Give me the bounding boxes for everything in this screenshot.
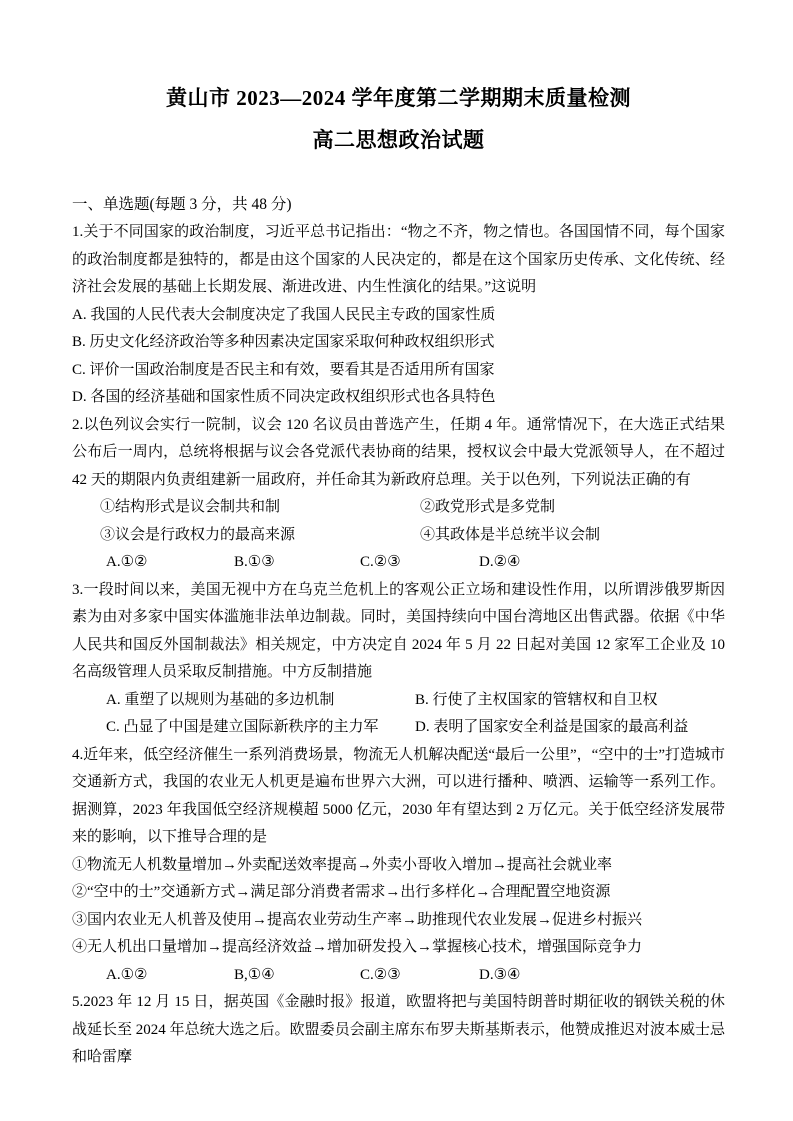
- option-item: D. 表明了国家安全利益是国家的最高利益: [415, 714, 725, 742]
- question-3: 3.一段时间以来，美国无视中方在乌克兰危机上的客观公正立场和建设性作用，以所谓涉…: [72, 577, 725, 742]
- option-item: B. 行使了主权国家的管辖权和自卫权: [415, 687, 725, 715]
- section-heading: 一、单选题(每题 3 分，共 48 分): [72, 191, 725, 219]
- question-stem: 4.近年来，低空经济催生一系列消费场景，物流无人机解决配送“最后一公里”，“空中…: [72, 742, 725, 852]
- choice-item: C.②③: [360, 962, 479, 990]
- sub-option: ②政党形式是多党制: [420, 494, 725, 522]
- question-stem: 1.关于不同国家的政治制度，习近平总书记指出：“物之不齐，物之情也。各国国情不同…: [72, 219, 725, 302]
- sub-option: ①结构形式是议会制共和制: [100, 494, 420, 522]
- choice-row: A.①② B,①④ C.②③ D.③④: [72, 962, 725, 990]
- choice-item: A.①②: [106, 549, 234, 577]
- sub-option: ②“空中的士”交通新方式→满足部分消费者需求→出行多样化→合理配置空地资源: [72, 879, 725, 907]
- choice-item: D.③④: [479, 962, 725, 990]
- choice-item: B.①③: [234, 549, 360, 577]
- question-stem: 3.一段时间以来，美国无视中方在乌克兰危机上的客观公正立场和建设性作用，以所谓涉…: [72, 577, 725, 687]
- option-item: C. 凸显了中国是建立国际新秩序的主力军: [106, 714, 415, 742]
- question-5: 5.2023 年 12 月 15 日，据英国《金融时报》报道，欧盟将把与美国特朗…: [72, 989, 725, 1072]
- choice-item: A.①②: [106, 962, 234, 990]
- sub-option-grid: ①结构形式是议会制共和制 ②政党形式是多党制 ③议会是行政权力的最高来源 ④其政…: [72, 494, 725, 549]
- question-1: 1.关于不同国家的政治制度，习近平总书记指出：“物之不齐，物之情也。各国国情不同…: [72, 219, 725, 412]
- choice-item: D.②④: [479, 549, 725, 577]
- document-title: 黄山市 2023—2024 学年度第二学期期末质量检测: [72, 84, 725, 112]
- sub-option: ③议会是行政权力的最高来源: [100, 522, 420, 550]
- option-row: A. 我国的人民代表大会制度决定了我国人民民主专政的国家性质: [72, 302, 725, 330]
- question-4: 4.近年来，低空经济催生一系列消费场景，物流无人机解决配送“最后一公里”，“空中…: [72, 742, 725, 990]
- option-row: D. 各国的经济基础和国家性质不同决定政权组织形式也各具特色: [72, 384, 725, 412]
- sub-option: ④无人机出口量增加→提高经济效益→增加研发投入→掌握核心技术，增强国际竞争力: [72, 934, 725, 962]
- question-2: 2.以色列议会实行一院制，议会 120 名议员由普选产生，任期 4 年。通常情况…: [72, 412, 725, 577]
- sub-option: ①物流无人机数量增加→外卖配送效率提高→外卖小哥收入增加→提高社会就业率: [72, 852, 725, 880]
- option-grid: A. 重塑了以规则为基础的多边机制 B. 行使了主权国家的管辖权和自卫权 C. …: [72, 687, 725, 742]
- option-item: A. 重塑了以规则为基础的多边机制: [106, 687, 415, 715]
- question-stem: 5.2023 年 12 月 15 日，据英国《金融时报》报道，欧盟将把与美国特朗…: [72, 989, 725, 1072]
- option-row: C. 评价一国政治制度是否民主和有效，要看其是否适用所有国家: [72, 357, 725, 385]
- choice-row: A.①② B.①③ C.②③ D.②④: [72, 549, 725, 577]
- document-page: 黄山市 2023—2024 学年度第二学期期末质量检测 高二思想政治试题 一、单…: [0, 0, 793, 1121]
- question-stem: 2.以色列议会实行一院制，议会 120 名议员由普选产生，任期 4 年。通常情况…: [72, 412, 725, 495]
- document-subtitle: 高二思想政治试题: [72, 126, 725, 154]
- sub-option: ③国内农业无人机普及使用→提高农业劳动生产率→助推现代农业发展→促进乡村振兴: [72, 907, 725, 935]
- option-row: B. 历史文化经济政治等多种因素决定国家采取何种政权组织形式: [72, 329, 725, 357]
- choice-item: B,①④: [234, 962, 360, 990]
- sub-option: ④其政体是半总统半议会制: [420, 522, 725, 550]
- choice-item: C.②③: [360, 549, 479, 577]
